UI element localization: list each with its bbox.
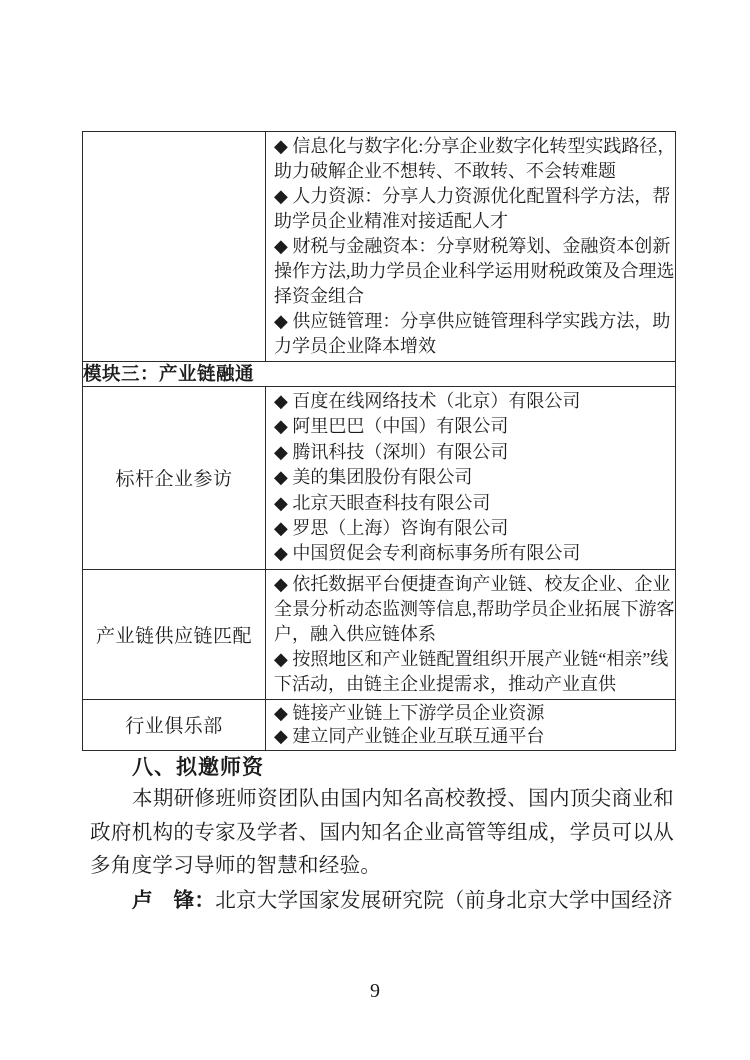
paragraph-line: 多角度学习导师的智慧和经验。 <box>90 850 674 884</box>
section-heading: 八、拟邀师资 <box>132 751 264 781</box>
module3-header: 模块三：产业链融通 <box>83 362 254 386</box>
table-cell-matching-items: ◆ 依托数据平台便捷查询产业链、校友企业、企业全景分析动态监测等信息,帮助学员企… <box>266 570 675 699</box>
table-row-module3-header: 模块三：产业链融通 <box>83 361 675 386</box>
table-cell-benchmark-items: ◆ 百度在线网络技术（北京）有限公司◆ 阿里巴巴（中国）有限公司◆ 腾讯科技（深… <box>266 387 675 569</box>
bullet-line: 全景分析动态监测等信息,帮助学员企业拓展下游客 <box>274 597 675 622</box>
table-row-supplychain-matching: 产业链供应链匹配 ◆ 依托数据平台便捷查询产业链、校友企业、企业全景分析动态监测… <box>83 569 675 699</box>
bullet-line: ◆ 财税与金融资本：分享财税筹划、金融资本创新 <box>274 234 675 259</box>
bullet-line: ◆ 按照地区和产业链配置组织开展产业链“相亲”线 <box>274 647 675 672</box>
bullet-line: ◆ 建立同产业链企业互联互通平台 <box>274 725 675 748</box>
faculty-paragraph: 本期研修班师资团队由国内知名高校教授、国内顶尖商业和 政府机构的专家及学者、国内… <box>90 783 674 918</box>
bullet-line: 操作方法,助力学员企业科学运用财税政策及合理选 <box>274 259 675 284</box>
bullet-line: ◆ 供应链管理：分享供应链管理科学实践方法，助 <box>274 309 675 334</box>
table-row-module2-continuation: ◆ 信息化与数字化:分享企业数字化转型实践路径，助力破解企业不想转、不敢转、不会… <box>83 132 675 361</box>
bullet-line: 助力破解企业不想转、不敢转、不会转难题 <box>274 159 675 184</box>
bullet-line: 力学员企业降本增效 <box>274 334 675 359</box>
table-cell-club-items: ◆ 链接产业链上下游学员企业资源◆ 建立同产业链企业互联互通平台 <box>266 700 675 750</box>
curriculum-table: ◆ 信息化与数字化:分享企业数字化转型实践路径，助力破解企业不想转、不敢转、不会… <box>82 131 676 751</box>
document-page: ◆ 信息化与数字化:分享企业数字化转型实践路径，助力破解企业不想转、不敢转、不会… <box>0 0 750 1060</box>
bullet-line: 下活动，由链主企业提需求，推动产业直供 <box>274 672 675 697</box>
paragraph-line: 政府机构的专家及学者、国内知名企业高管等组成，学员可以从 <box>90 817 674 851</box>
bullet-line: ◆ 阿里巴巴（中国）有限公司 <box>274 414 675 439</box>
bullet-line: ◆ 依托数据平台便捷查询产业链、校友企业、企业 <box>274 572 675 597</box>
bullet-line: ◆ 腾讯科技（深圳）有限公司 <box>274 440 675 465</box>
page-number: 9 <box>0 980 750 1003</box>
bullet-line: ◆ 百度在线网络技术（北京）有限公司 <box>274 389 675 414</box>
teacher-name: 卢 锋： <box>132 889 215 912</box>
bullet-line: ◆ 罗思（上海）咨询有限公司 <box>274 516 675 541</box>
bullet-line: ◆ 信息化与数字化:分享企业数字化转型实践路径， <box>274 134 675 159</box>
row-label: 行业俱乐部 <box>83 700 266 750</box>
row-label: 产业链供应链匹配 <box>83 570 266 699</box>
bullet-line: ◆ 美的集团股份有限公司 <box>274 465 675 490</box>
table-cell-empty-label <box>83 132 266 361</box>
bullet-line: ◆ 人力资源：分享人力资源优化配置科学方法，帮 <box>274 184 675 209</box>
bullet-line: 助学员企业精准对接适配人才 <box>274 209 675 234</box>
teacher-line: 卢 锋：北京大学国家发展研究院（前身北京大学中国经济 <box>90 884 674 919</box>
bullet-line: 择资金组合 <box>274 284 675 309</box>
bullet-line: ◆ 链接产业链上下游学员企业资源 <box>274 702 675 725</box>
bullet-line: ◆ 北京天眼查科技有限公司 <box>274 491 675 516</box>
table-row-industry-club: 行业俱乐部 ◆ 链接产业链上下游学员企业资源◆ 建立同产业链企业互联互通平台 <box>83 699 675 750</box>
bullet-line: ◆ 中国贸促会专利商标事务所有限公司 <box>274 541 675 566</box>
row-label: 标杆企业参访 <box>83 387 266 569</box>
teacher-description: 北京大学国家发展研究院（前身北京大学中国经济 <box>215 890 673 912</box>
paragraph-line: 本期研修班师资团队由国内知名高校教授、国内顶尖商业和 <box>90 783 674 817</box>
table-row-benchmark-visits: 标杆企业参访 ◆ 百度在线网络技术（北京）有限公司◆ 阿里巴巴（中国）有限公司◆… <box>83 386 675 569</box>
table-cell-module2-items: ◆ 信息化与数字化:分享企业数字化转型实践路径，助力破解企业不想转、不敢转、不会… <box>266 132 675 361</box>
bullet-line: 户，融入供应链体系 <box>274 622 675 647</box>
